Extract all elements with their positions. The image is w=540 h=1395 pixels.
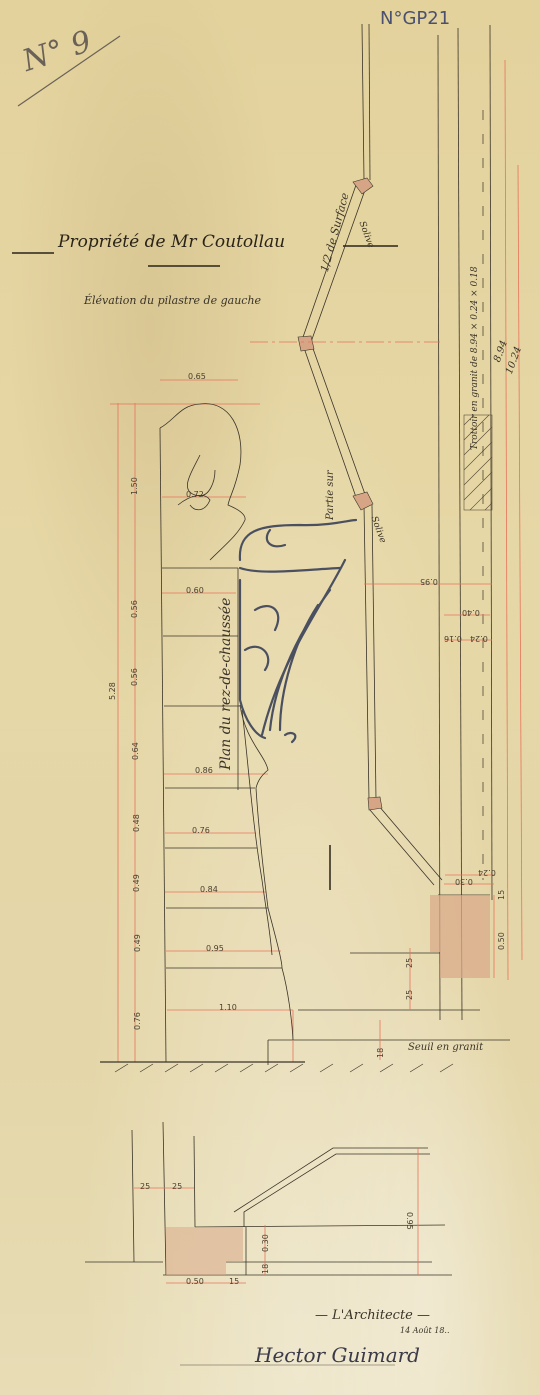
plan-dim: 25 [405, 958, 414, 968]
section-dim: 15 [229, 1277, 239, 1286]
plan-dim: 0.24 [470, 634, 488, 643]
section-dim: 0.95 [405, 1212, 414, 1230]
architect-label: — L'Architecte — [315, 1308, 430, 1323]
dim-height: 0.56 [130, 668, 139, 686]
plan-dim: 0.30 [455, 877, 473, 886]
dim-height: 0.49 [132, 874, 141, 892]
section-dim: 25 [140, 1182, 150, 1191]
drawing-subtitle: Élévation du pilastre de gauche [84, 294, 261, 307]
dim-height: 0.49 [133, 934, 142, 952]
section-dim: 25 [172, 1182, 182, 1191]
dim-total-height: 5.28 [108, 682, 117, 700]
iron-bracket [240, 520, 356, 742]
drawing-title: Propriété de Mr Coutollau [58, 232, 285, 252]
plan-dim: 0.16 [444, 634, 462, 643]
dim-width: 1.10 [219, 1003, 237, 1012]
plan-dim-depth: 0.95 [420, 577, 438, 586]
lower-section [85, 1122, 452, 1275]
plan-dim: 18 [376, 1048, 385, 1058]
plan-dim: 15 [497, 890, 506, 900]
column-joints [298, 178, 382, 810]
architectural-drawing [0, 0, 540, 1395]
partie-label: Partie sur [325, 470, 336, 520]
architect-signature: Hector Guimard [255, 1343, 420, 1367]
dim-width: 0.86 [195, 766, 213, 775]
archive-number: N°GP21 [380, 8, 450, 29]
plan-dim: 25 [405, 990, 414, 1000]
dim-height: 1.50 [130, 477, 139, 495]
section-wash [166, 1227, 243, 1275]
trottoir-label: Trottoir en granit de 8.94 × 0.24 × 0.18 [470, 266, 480, 450]
plan-dim: 0.24 [478, 868, 496, 877]
dim-height: 0.64 [131, 742, 140, 760]
section-dim: 0.50 [186, 1277, 204, 1286]
dim-width: 0.84 [200, 885, 218, 894]
dim-width: 0.60 [186, 586, 204, 595]
section-dim: 18 [261, 1264, 270, 1274]
plan-dim: 0.40 [462, 608, 480, 617]
dim-width: 0.76 [192, 826, 210, 835]
drawing-sheet: N° 9 N°GP21 Propriété de Mr Coutollau Él… [0, 0, 540, 1395]
base-stone-wash [430, 895, 490, 978]
plan-label: Plan du rez-de-chaussée [218, 598, 234, 770]
dim-width: 0.65 [188, 372, 206, 381]
plan-dim: 0.50 [497, 932, 506, 950]
dim-height: 0.48 [132, 814, 141, 832]
dim-width: 0.72 [186, 490, 204, 499]
section-dim: 0.30 [261, 1234, 270, 1252]
seuil-label: Seuil en granit [408, 1042, 483, 1053]
dim-height: 0.76 [133, 1012, 142, 1030]
dim-width: 0.95 [206, 944, 224, 953]
ground-hatching [115, 1064, 453, 1072]
pilaster-elevation [100, 404, 305, 1062]
signature-date: 14 Août 18.. [400, 1326, 450, 1335]
dim-height: 0.56 [130, 600, 139, 618]
